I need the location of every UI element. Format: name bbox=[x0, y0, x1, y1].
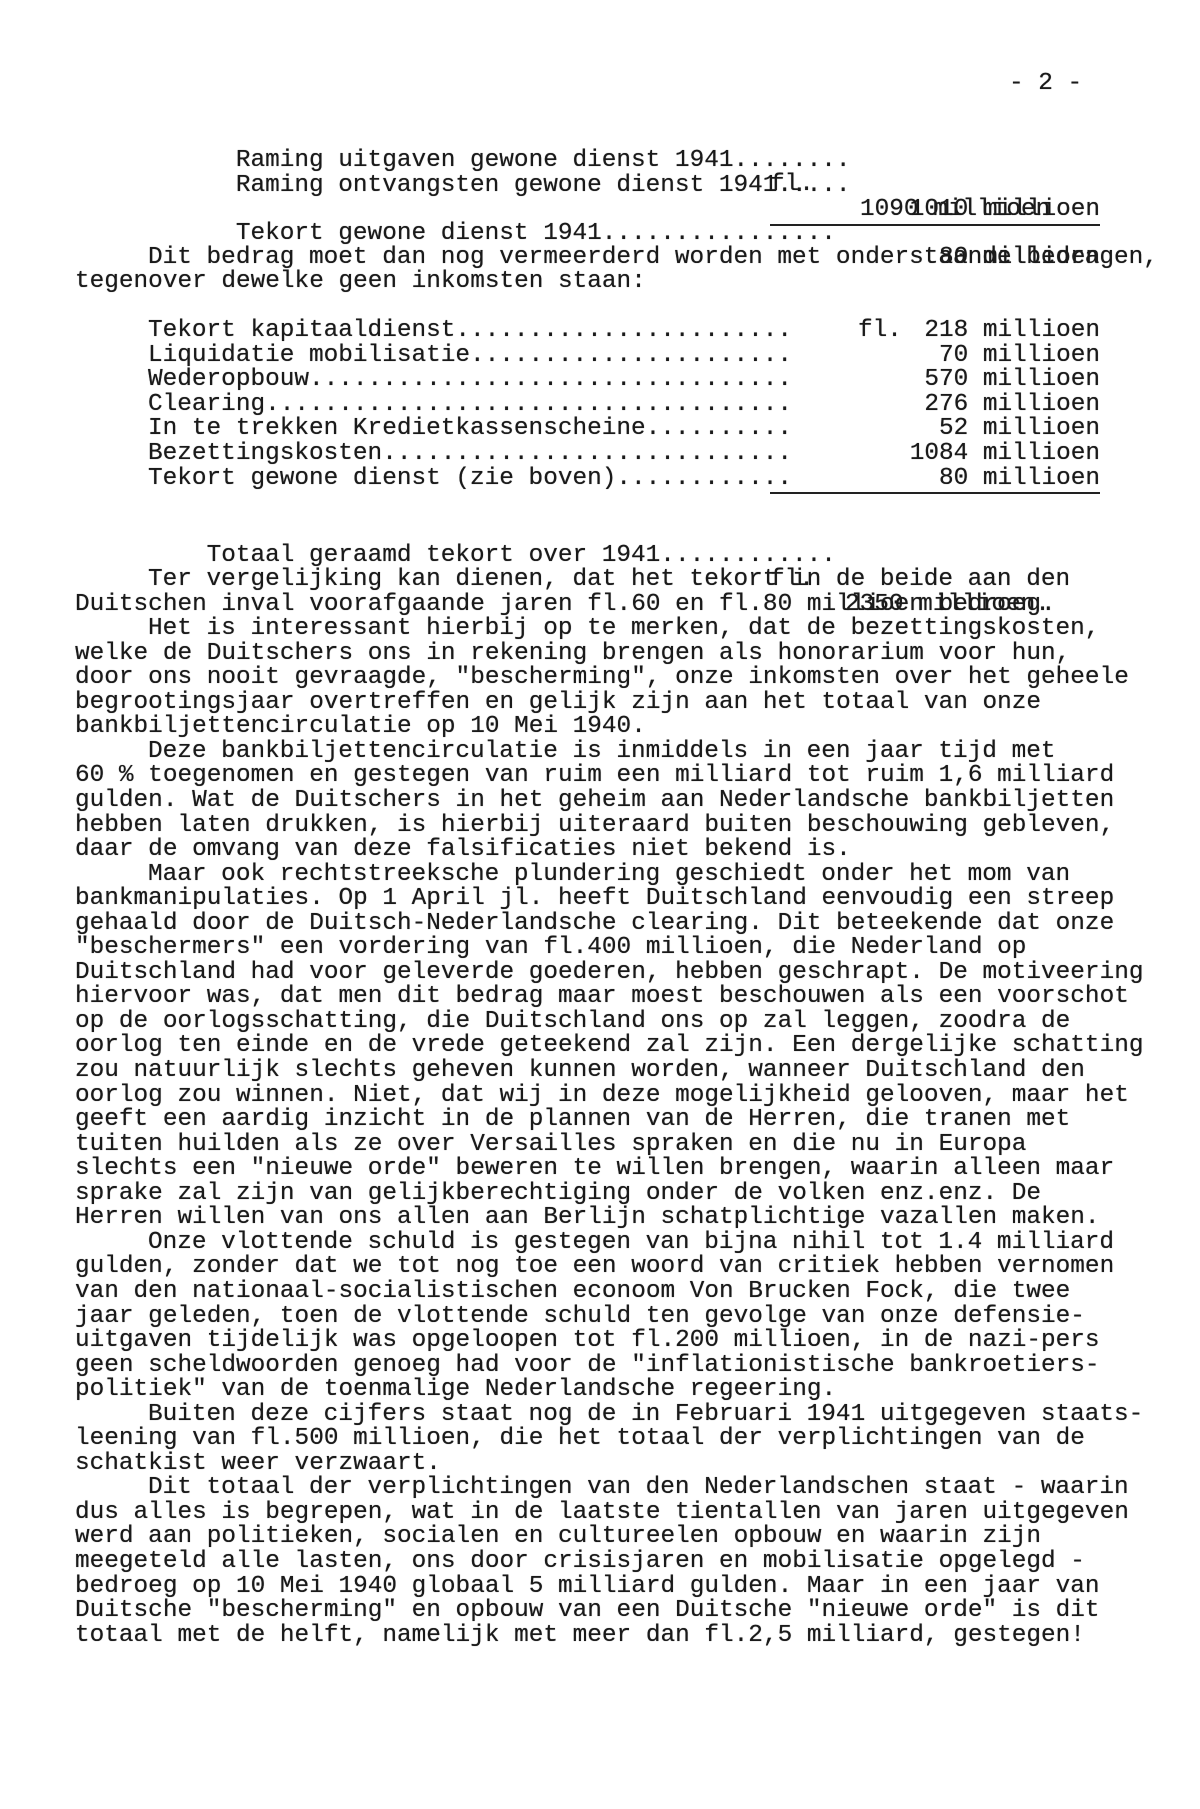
text-line: jaar geleden, toen de vlottende schuld t… bbox=[75, 1305, 1085, 1330]
text-line: dus alles is begrepen, wat in de laatste… bbox=[75, 1501, 1129, 1526]
text-line: meegeteld alle lasten, ons door crisisja… bbox=[75, 1550, 1085, 1575]
deficit-item-row: Wederopbouw.............................… bbox=[148, 368, 792, 393]
typewritten-page: - 2 - Raming uitgaven gewone dienst 1941… bbox=[0, 0, 1200, 1809]
deficit-item-row: Clearing................................… bbox=[148, 393, 792, 418]
text-line: op de oorlogsschatting, die Duitschland … bbox=[75, 1010, 1070, 1035]
text-line: "beschermers" een vordering van fl.400 m… bbox=[75, 936, 1026, 961]
text-line: sprake zal zijn van gelijkberechtiging o… bbox=[75, 1182, 1041, 1207]
page-number: - 2 - bbox=[1009, 72, 1082, 97]
item-amount: 1084 millioen bbox=[770, 442, 1100, 467]
text-line: begrootingsjaar overtreffen en gelijk zi… bbox=[75, 691, 1041, 716]
text-line: Het is interessant hierbij op te merken,… bbox=[75, 617, 1099, 642]
text-line: politiek" van de toenmalige Nederlandsch… bbox=[75, 1378, 836, 1403]
item-amount: 570 millioen bbox=[770, 368, 1100, 393]
text-line: uitgaven tijdelijk was opgeloopen tot fl… bbox=[75, 1329, 1100, 1354]
item-amount: 276 millioen bbox=[770, 393, 1100, 418]
text-line: Dit bedrag moet dan nog vermeerderd word… bbox=[75, 246, 1158, 271]
text-line: Duitsche "bescherming" en opbouw van een… bbox=[75, 1599, 1100, 1624]
text-line: geen scheldwoorden genoeg had voor de "i… bbox=[75, 1354, 1100, 1379]
text-line: 60 % toegenomen en gestegen van ruim een… bbox=[75, 764, 1114, 789]
text-line: Dit totaal der verplichtingen van den Ne… bbox=[75, 1476, 1129, 1501]
text-line: tuiten huilden als ze over Versailles sp… bbox=[75, 1133, 1026, 1158]
deficit-item-row: Tekort gewone dienst (zie boven)........… bbox=[148, 467, 792, 492]
text-line: bedroeg op 10 Mei 1940 globaal 5 milliar… bbox=[75, 1575, 1100, 1600]
text-line: Duitschen inval voorafgaande jaren fl.60… bbox=[75, 593, 1056, 618]
item-amount: 80 millioen bbox=[770, 467, 1100, 495]
item-label: Wederopbouw.............................… bbox=[148, 366, 792, 393]
item-label: Tekort gewone dienst (zie boven)........… bbox=[148, 465, 792, 492]
text-line: schatkist weer verzwaart. bbox=[75, 1452, 441, 1477]
deficit-label: Tekort gewone dienst 1941...............… bbox=[236, 220, 836, 247]
text-line: daar de omvang van deze falsificaties ni… bbox=[75, 838, 851, 863]
text-line: oorlog ten einde en de vrede geteekend z… bbox=[75, 1034, 1143, 1059]
row-label: Raming ontvangsten gewone dienst 1941...… bbox=[236, 172, 851, 199]
deficit-item-row: In te trekken Kredietkassenscheine......… bbox=[148, 417, 792, 442]
text-line: tegenover dewelke geen inkomsten staan: bbox=[75, 270, 646, 295]
text-line: leening van fl.500 millioen, die het tot… bbox=[75, 1427, 1085, 1452]
text-line: gulden, zonder dat we tot nog toe een wo… bbox=[75, 1255, 1114, 1280]
text-line: gehaald door de Duitsch-Nederlandsche cl… bbox=[75, 912, 1114, 937]
deficit-item-row: Bezettingskosten........................… bbox=[148, 442, 792, 467]
text-line: welke de Duitschers ons in rekening bren… bbox=[75, 642, 1070, 667]
text-line: Duitschland had voor geleverde goederen,… bbox=[75, 961, 1143, 986]
text-line: oorlog zou winnen. Niet, dat wij in deze… bbox=[75, 1084, 1129, 1109]
text-line: hebben laten drukken, is hierbij uiteraa… bbox=[75, 814, 1114, 839]
text-line: geeft een aardig inzicht in de plannen v… bbox=[75, 1108, 1070, 1133]
total-label: Totaal geraamd tekort over 1941.........… bbox=[207, 542, 836, 569]
text-line: Ter vergelijking kan dienen, dat het tek… bbox=[75, 568, 1070, 593]
text-line: zou natuurlijk slechts geheven kunnen wo… bbox=[75, 1059, 1085, 1084]
text-line: hiervoor was, dat men dit bedrag maar mo… bbox=[75, 985, 1129, 1010]
item-label: In te trekken Kredietkassenscheine......… bbox=[148, 415, 792, 442]
text-line: bankbiljettencirculatie op 10 Mei 1940. bbox=[75, 715, 646, 740]
text-line: gulden. Wat de Duitschers in het geheim … bbox=[75, 789, 1114, 814]
text-line: Maar ook rechtstreeksche plundering gesc… bbox=[75, 863, 1070, 888]
text-line: slechts een "nieuwe orde" beweren te wil… bbox=[75, 1157, 1114, 1182]
text-line: door ons nooit gevraagde, "bescherming",… bbox=[75, 666, 1129, 691]
item-label: Tekort kapitaaldienst...................… bbox=[148, 317, 792, 344]
text-line: werd aan politieken, socialen en culture… bbox=[75, 1525, 1041, 1550]
deficit-item-row: Tekort kapitaaldienst...................… bbox=[148, 319, 792, 344]
item-label: Clearing................................… bbox=[148, 391, 792, 418]
item-amount: 70 millioen bbox=[770, 344, 1100, 369]
item-label: Liquidatie mobilisatie..................… bbox=[148, 342, 792, 369]
text-line: Herren willen van ons allen aan Berlijn … bbox=[75, 1206, 1100, 1231]
item-amount: 52 millioen bbox=[770, 417, 1100, 442]
text-line: totaal met de helft, namelijk met meer d… bbox=[75, 1624, 1085, 1649]
deficit-item-row: Liquidatie mobilisatie..................… bbox=[148, 344, 792, 369]
text-line: van den nationaal-socialistischen econoo… bbox=[75, 1280, 1070, 1305]
text-line: Onze vlottende schuld is gestegen van bi… bbox=[75, 1231, 1114, 1256]
text-line: Buiten deze cijfers staat nog de in Febr… bbox=[75, 1403, 1143, 1428]
item-amount: 218 millioen bbox=[770, 319, 1100, 344]
text-line: Deze bankbiljettencirculatie is inmiddel… bbox=[75, 740, 1055, 765]
item-label: Bezettingskosten........................… bbox=[148, 440, 792, 467]
text-line: bankmanipulaties. Op 1 April jl. heeft D… bbox=[75, 887, 1114, 912]
